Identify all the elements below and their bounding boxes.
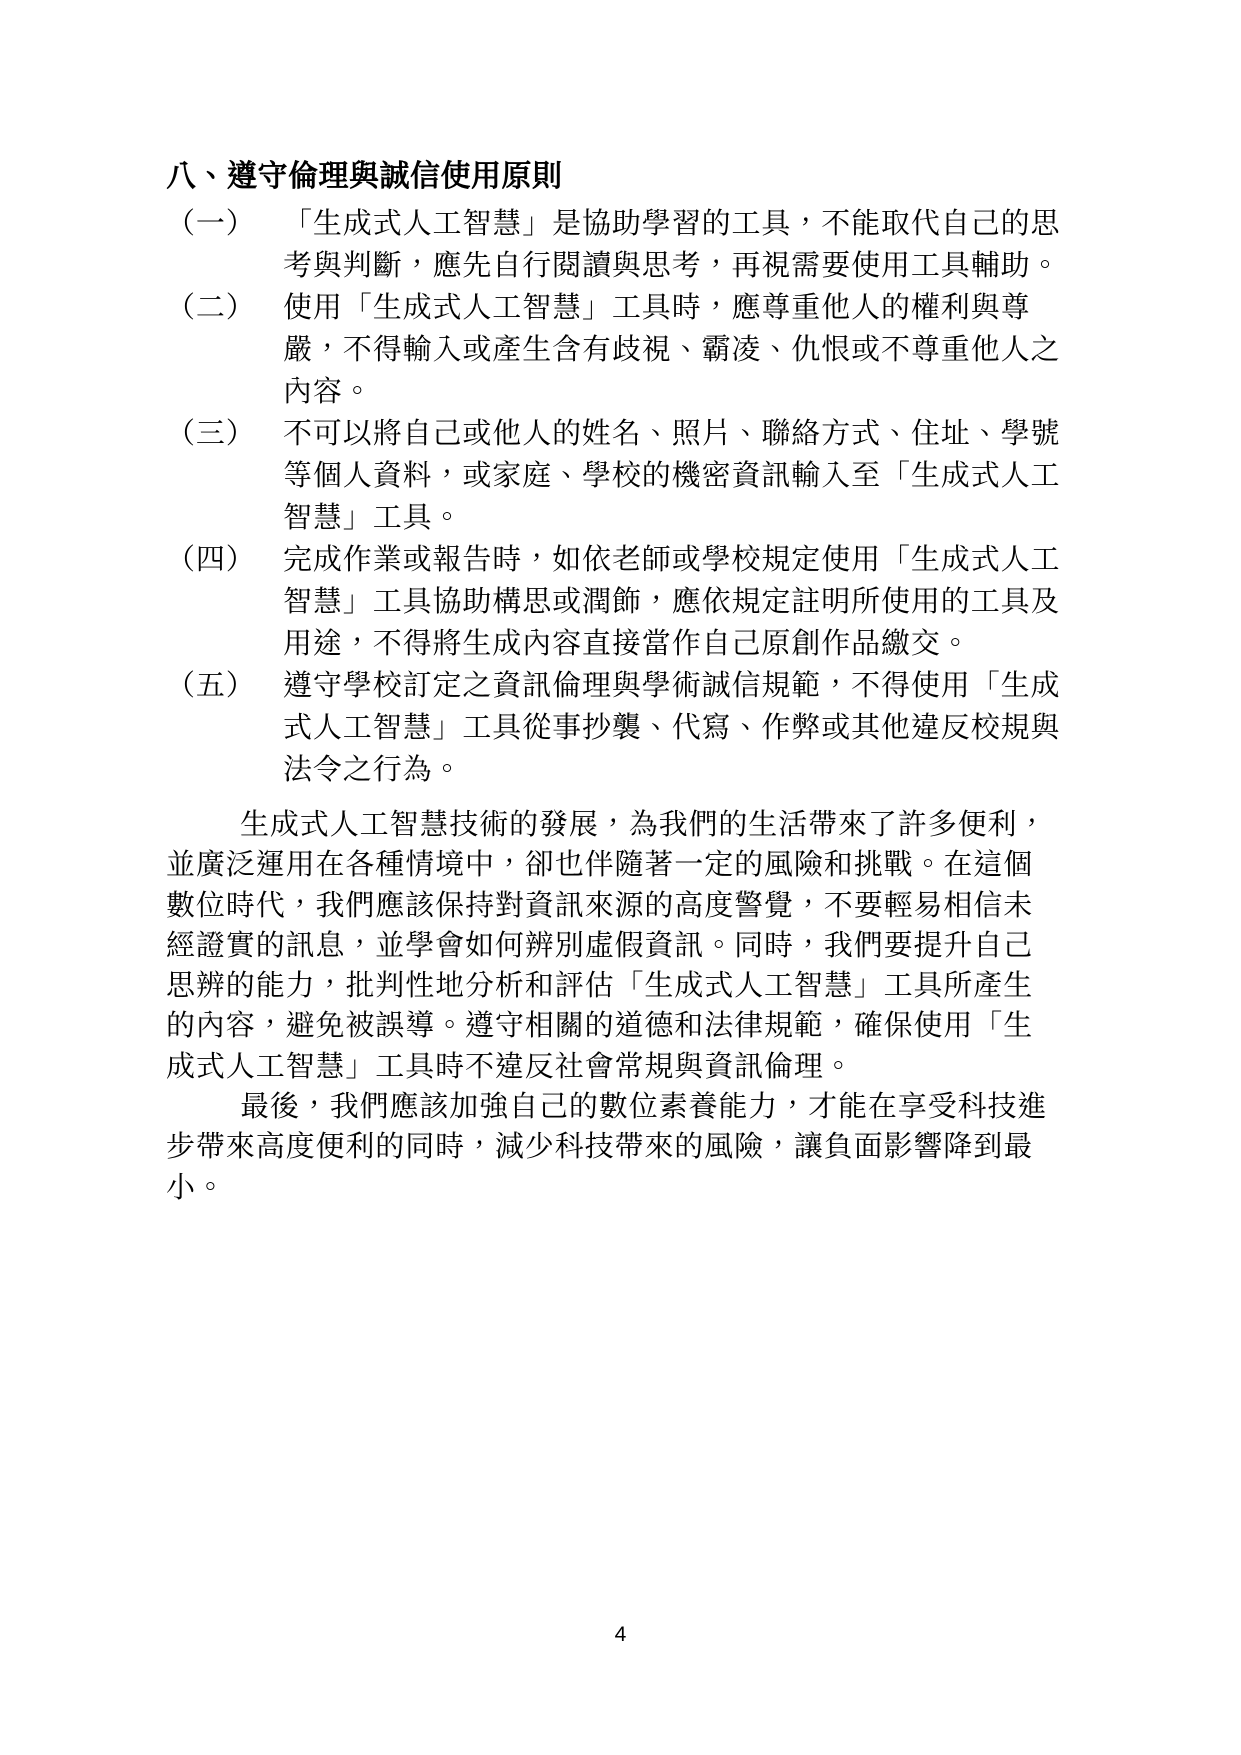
paragraph-line: 生成式人工智慧技術的發展，為我們的生活帶來了許多便利， — [166, 805, 1063, 845]
list-item-marker: （一） — [166, 203, 283, 245]
list-item-line: 式人工智慧」工具從事抄襲、代寫、作弊或其他違反校規與 — [283, 707, 1063, 749]
page-number: 4 — [0, 1622, 1241, 1648]
list-item-text: 遵守學校訂定之資訊倫理與學術誠信規範，不得使用「生成式人工智慧」工具從事抄襲、代… — [283, 665, 1063, 791]
paragraph-line: 的內容，避免被誤導。遵守相關的道德和法律規範，確保使用「生 — [166, 1006, 1063, 1046]
paragraph: 生成式人工智慧技術的發展，為我們的生活帶來了許多便利，並廣泛運用在各種情境中，卻… — [166, 805, 1063, 1087]
document-page: 八、遵守倫理與誠信使用原則 （一）「生成式人工智慧」是協助學習的工具，不能取代自… — [0, 0, 1241, 1755]
list-item-line: 使用「生成式人工智慧」工具時，應尊重他人的權利與尊 — [283, 287, 1063, 329]
list-item-line: 用途，不得將生成內容直接當作自己原創作品繳交。 — [283, 623, 1063, 665]
paragraph-line: 最後，我們應該加強自己的數位素養能力，才能在享受科技進 — [166, 1087, 1063, 1127]
paragraph: 最後，我們應該加強自己的數位素養能力，才能在享受科技進步帶來高度便利的同時，減少… — [166, 1087, 1063, 1208]
list-item: （五）遵守學校訂定之資訊倫理與學術誠信規範，不得使用「生成式人工智慧」工具從事抄… — [166, 665, 1063, 791]
list-item-text: 完成作業或報告時，如依老師或學校規定使用「生成式人工智慧」工具協助構思或潤飾，應… — [283, 539, 1063, 665]
document-content: 八、遵守倫理與誠信使用原則 （一）「生成式人工智慧」是協助學習的工具，不能取代自… — [166, 150, 1063, 1208]
section-heading: 八、遵守倫理與誠信使用原則 — [166, 150, 1063, 203]
list-item-line: 法令之行為。 — [283, 749, 1063, 791]
list-item-line: 不可以將自己或他人的姓名、照片、聯絡方式、住址、學號 — [283, 413, 1063, 455]
list-item: （二）使用「生成式人工智慧」工具時，應尊重他人的權利與尊嚴，不得輸入或產生含有歧… — [166, 287, 1063, 413]
paragraph-line: 成式人工智慧」工具時不違反社會常規與資訊倫理。 — [166, 1047, 1063, 1087]
list-item-marker: （三） — [166, 413, 283, 455]
list-item-line: 「生成式人工智慧」是協助學習的工具，不能取代自己的思 — [283, 203, 1063, 245]
paragraph-line: 小。 — [166, 1168, 1063, 1208]
paragraph-line: 思辨的能力，批判性地分析和評估「生成式人工智慧」工具所產生 — [166, 966, 1063, 1006]
list-item-text: 「生成式人工智慧」是協助學習的工具，不能取代自己的思考與判斷，應先自行閱讀與思考… — [283, 203, 1063, 287]
list-item-text: 使用「生成式人工智慧」工具時，應尊重他人的權利與尊嚴，不得輸入或產生含有歧視、霸… — [283, 287, 1063, 413]
list-item-line: 遵守學校訂定之資訊倫理與學術誠信規範，不得使用「生成 — [283, 665, 1063, 707]
principles-list: （一）「生成式人工智慧」是協助學習的工具，不能取代自己的思考與判斷，應先自行閱讀… — [166, 203, 1063, 791]
list-item-line: 考與判斷，應先自行閱讀與思考，再視需要使用工具輔助。 — [283, 245, 1063, 287]
list-item-line: 等個人資料，或家庭、學校的機密資訊輸入至「生成式人工 — [283, 455, 1063, 497]
paragraph-line: 經證實的訊息，並學會如何辨別虛假資訊。同時，我們要提升自己 — [166, 926, 1063, 966]
list-item: （三）不可以將自己或他人的姓名、照片、聯絡方式、住址、學號等個人資料，或家庭、學… — [166, 413, 1063, 539]
list-item-marker: （二） — [166, 287, 283, 329]
body-paragraphs: 生成式人工智慧技術的發展，為我們的生活帶來了許多便利，並廣泛運用在各種情境中，卻… — [166, 805, 1063, 1208]
list-item-line: 嚴，不得輸入或產生含有歧視、霸凌、仇恨或不尊重他人之 — [283, 329, 1063, 371]
list-item-line: 完成作業或報告時，如依老師或學校規定使用「生成式人工 — [283, 539, 1063, 581]
list-item-line: 智慧」工具。 — [283, 497, 1063, 539]
list-item-line: 智慧」工具協助構思或潤飾，應依規定註明所使用的工具及 — [283, 581, 1063, 623]
list-item-marker: （五） — [166, 665, 283, 707]
paragraph-line: 數位時代，我們應該保持對資訊來源的高度警覺，不要輕易相信未 — [166, 886, 1063, 926]
list-item-text: 不可以將自己或他人的姓名、照片、聯絡方式、住址、學號等個人資料，或家庭、學校的機… — [283, 413, 1063, 539]
paragraph-line: 並廣泛運用在各種情境中，卻也伴隨著一定的風險和挑戰。在這個 — [166, 845, 1063, 885]
list-item-marker: （四） — [166, 539, 283, 581]
paragraph-line: 步帶來高度便利的同時，減少科技帶來的風險，讓負面影響降到最 — [166, 1127, 1063, 1167]
list-item: （四）完成作業或報告時，如依老師或學校規定使用「生成式人工智慧」工具協助構思或潤… — [166, 539, 1063, 665]
list-item-line: 內容。 — [283, 371, 1063, 413]
list-item: （一）「生成式人工智慧」是協助學習的工具，不能取代自己的思考與判斷，應先自行閱讀… — [166, 203, 1063, 287]
